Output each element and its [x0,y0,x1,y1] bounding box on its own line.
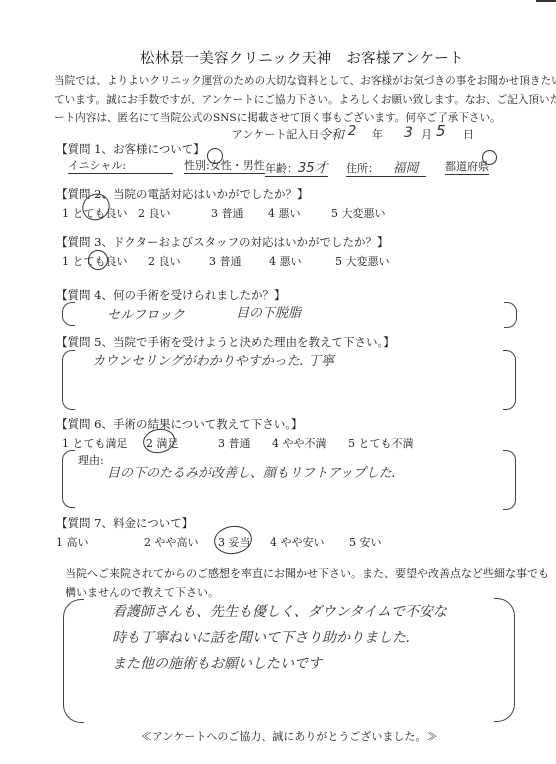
q6-bracket-left [62,450,75,508]
footer-thanks: ≪アンケートへのご協力、誠にありがとうございました。≫ [141,728,437,744]
q4-answer-procedure-1[interactable]: セルフロック [107,304,185,323]
comments-prompt-line-2: 構いませんので教えて下さい。 [65,584,219,600]
q3-option-3[interactable]: 3 普通 [209,253,242,269]
q3-option-4[interactable]: 4 悪い [269,253,302,269]
q2-option-5[interactable]: 5 大変悪い [331,205,386,221]
gender-field: 性別:女性・男性 [184,157,265,174]
intro-line-1: 当院では、よりよいクリニック運営のための大切な資料として、お客様がお気づきの事を… [54,73,556,88]
gender-selected-circle [207,148,223,164]
comments-bracket-left [63,599,84,723]
date-month[interactable]: 3 [404,125,413,141]
q1-heading: 【質問 1、お客様について】 [56,141,205,157]
q2-option-3[interactable]: 3 普通 [211,205,244,221]
address-label: 住所： [346,162,379,175]
comments-bracket-right [494,598,515,722]
q7-selected-circle [212,523,254,556]
comments-prompt-line-1: 当院へご来院されてからのご感想を率直にお聞かせ下さい。また、要望や改善点など些細… [65,565,549,581]
q3-option-5[interactable]: 5 大変悪い [335,253,390,269]
q5-answer[interactable]: カウンセリングがわかりやすかった. 丁寧 [92,350,334,369]
scan-edge-mark [536,0,556,2]
gender-option-male[interactable]: 男性 [243,159,265,172]
q7-heading: 【質問 7、料金について】 [56,515,193,531]
q6-option-3[interactable]: 3 普通 [218,435,251,451]
q7-option-1[interactable]: 1 高い [56,534,89,550]
q6-bracket-right [503,450,516,510]
comments-answer-line-3[interactable]: また他の施術もお願いしたいです [112,653,322,673]
q5-bracket-left [62,350,75,410]
q7-option-4[interactable]: 4 やや安い [270,534,325,550]
q5-heading: 【質問 5、当院で手術を受けようと決めた理由を教えて下さい。】 [56,334,395,350]
address-value: 福岡 [393,161,419,176]
date-day-unit: 日 [463,126,474,142]
address-field[interactable]: 住所： 福岡 [346,157,426,177]
q6-option-1[interactable]: 1 とても満足 [62,435,128,451]
initial-label: イニシャル: [68,159,126,172]
intro-line-2: ています。誠にお手数ですが、アンケートにご協力下さい。よろしくお願い致します。な… [54,92,556,107]
q6-heading: 【質問 6、手術の結果について教えて下さい。】 [56,416,303,432]
age-value: 35才 [298,161,328,176]
comments-answer-line-2[interactable]: 時も丁寧ねいに話を聞いて下さり助かりました. [112,627,410,647]
q7-option-2[interactable]: 2 やや高い [144,534,199,550]
date-era[interactable]: 令和 [318,124,344,143]
gender-label: 性別: [184,159,210,172]
q3-heading: 【質問 3、ドクターおよびスタッフの対応はいかがでしたか？】 [56,234,389,250]
comments-answer-line-1[interactable]: 看護師さんも、先生も優しく、ダウンタイムで不安な [112,601,447,621]
q3-option-2[interactable]: 2 良い [148,253,181,269]
q6-reason-answer[interactable]: 目の下のたるみが改善し、顔もリフトアップした. [107,462,396,481]
q6-option-4[interactable]: 4 やや不満 [272,435,327,451]
q3-selected-circle [88,250,108,270]
date-day[interactable]: 5 [436,122,446,140]
q2-option-2[interactable]: 2 良い [138,205,171,221]
date-year[interactable]: 2 [348,124,356,139]
age-label: 年齢： [265,162,298,175]
q4-answer-procedure-2[interactable]: 目の下脱脂 [236,302,301,321]
q6-option-5[interactable]: 5 とても不満 [348,435,414,451]
date-year-unit: 年 [372,126,383,142]
date-month-unit: 月 [421,126,432,142]
q6-reason-label: 理由: [78,452,104,468]
q4-heading: 【質問 4、何の手術を受けられましたか？】 [56,287,285,303]
initial-field[interactable]: イニシャル: [68,157,173,174]
q2-option-4[interactable]: 4 悪い [268,205,301,221]
date-label: アンケート記入日 [232,126,319,142]
q7-option-5[interactable]: 5 安い [349,534,382,550]
q4-bracket-right [504,302,517,328]
intro-line-3: ート内容は、匿名にて当院公式のSNSに掲載させて頂く事もございます。何卒ご了承下… [54,110,501,125]
age-field[interactable]: 年齢：35才 [265,157,328,177]
page-title: 松林景一美容クリニック天神 お客様アンケート [140,47,464,68]
q4-bracket-left [62,302,75,326]
q5-bracket-right [503,350,516,410]
